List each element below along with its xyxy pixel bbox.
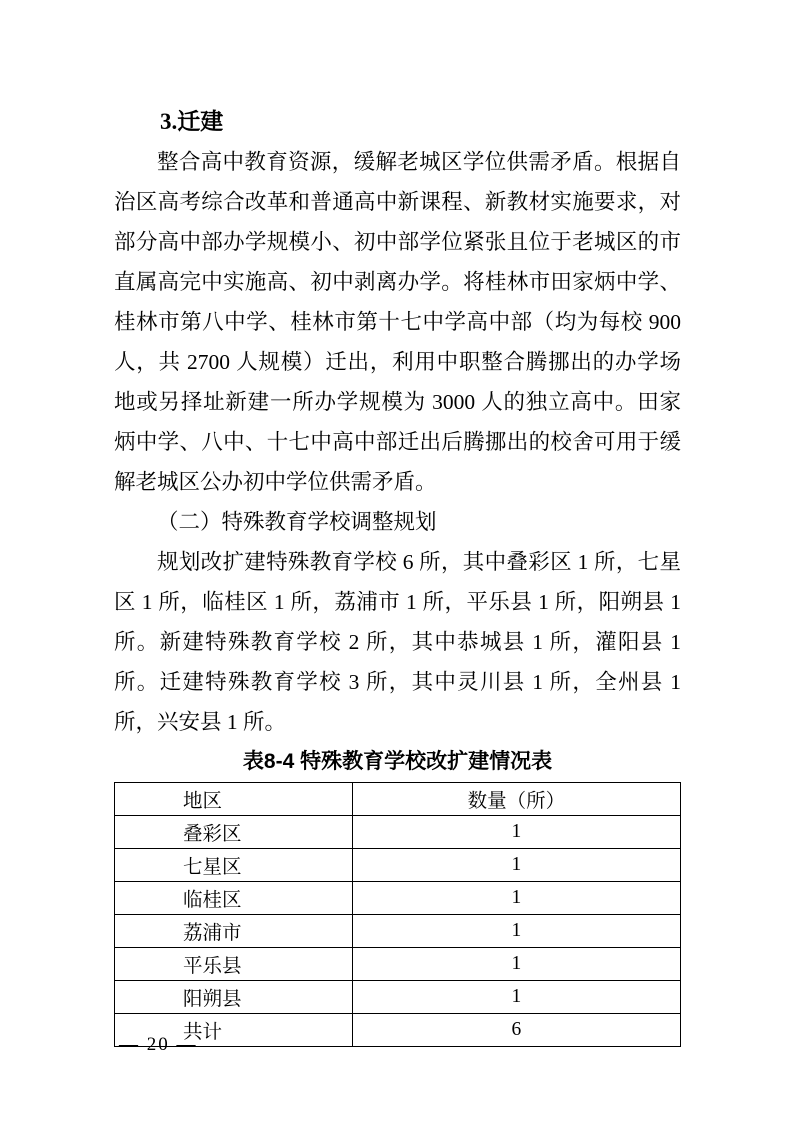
table-header: 地区 数量（所） [115,783,681,816]
document-content: 3.迁建 整合高中教育资源，缓解老城区学位供需矛盾。根据自治区高考综合改革和普通… [114,102,681,1047]
region-cell: 叠彩区 [115,816,353,849]
count-cell: 1 [352,849,680,882]
count-cell: 1 [352,816,680,849]
section-heading-relocation: 3.迁建 [114,102,681,142]
table-row: 阳朔县1 [115,981,681,1014]
region-cell: 临桂区 [115,882,353,915]
count-cell: 1 [352,948,680,981]
table-header-row: 地区 数量（所） [115,783,681,816]
table-row: 叠彩区1 [115,816,681,849]
table-row: 共计6 [115,1014,681,1047]
count-cell: 6 [352,1014,680,1047]
region-cell: 阳朔县 [115,981,353,1014]
region-cell: 七星区 [115,849,353,882]
table-row: 临桂区1 [115,882,681,915]
paragraph-special-education-plan: 规划改扩建特殊教育学校 6 所，其中叠彩区 1 所，七星区 1 所，临桂区 1 … [114,542,681,742]
count-cell: 1 [352,882,680,915]
table-body: 叠彩区1七星区1临桂区1荔浦市1平乐县1阳朔县1共计6 [115,816,681,1047]
table-caption: 表8-4 特殊教育学校改扩建情况表 [114,742,681,782]
count-cell: 1 [352,981,680,1014]
count-cell: 1 [352,915,680,948]
column-header-region: 地区 [115,783,353,816]
table-row: 七星区1 [115,849,681,882]
table-row: 平乐县1 [115,948,681,981]
special-education-table: 地区 数量（所） 叠彩区1七星区1临桂区1荔浦市1平乐县1阳朔县1共计6 [114,782,681,1047]
region-cell: 荔浦市 [115,915,353,948]
document-page: 3.迁建 整合高中教育资源，缓解老城区学位供需矛盾。根据自治区高考综合改革和普通… [0,0,794,1123]
column-header-count: 数量（所） [352,783,680,816]
subsection-heading-special-education: （二）特殊教育学校调整规划 [114,502,681,542]
region-cell: 平乐县 [115,948,353,981]
table-row: 荔浦市1 [115,915,681,948]
paragraph-relocation-plan: 整合高中教育资源，缓解老城区学位供需矛盾。根据自治区高考综合改革和普通高中新课程… [114,142,681,502]
page-number: — 20 — [119,1034,198,1056]
